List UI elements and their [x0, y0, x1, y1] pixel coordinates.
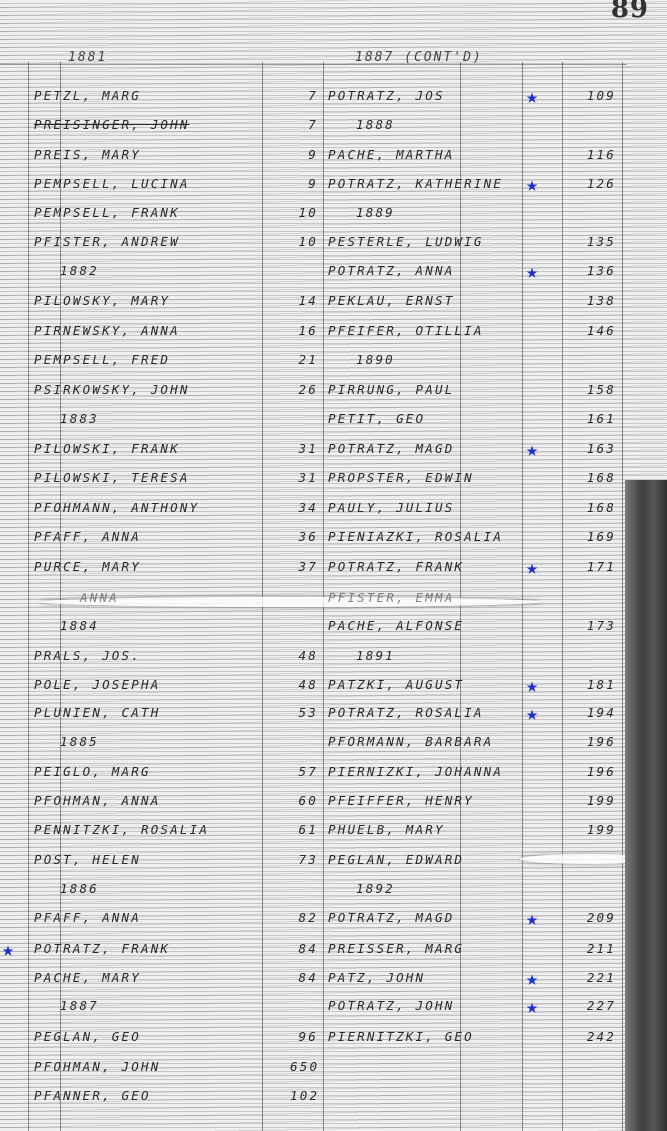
ledger-row: PFAFF, ANNA 82 POTRATZ, MAGD ★ 209: [0, 906, 630, 930]
right-entry-number: 102: [290, 1084, 318, 1108]
right-entry-number: 21: [290, 348, 318, 372]
star-icon: ★: [526, 437, 538, 461]
left-entry-name: PFANNER, GEO: [34, 1084, 151, 1108]
ledger-row: PFOHMAN, ANNA 60 PFEIFFER, HENRY 199: [0, 789, 630, 813]
left-entry-name: PACHE, MARY: [34, 966, 141, 990]
page-number: 89: [611, 0, 649, 24]
right-entry-name: PEKLAU, ERNST: [328, 289, 454, 313]
right-entry-name: POTRATZ, KATHERINE: [328, 172, 503, 196]
right-entry-name: PATZKI, AUGUST: [328, 673, 464, 697]
star-icon: ★: [526, 555, 538, 579]
right-entry-name: PFISTER, EMMA: [328, 586, 454, 610]
page-reference: 194: [560, 701, 616, 725]
right-entry-name: POTRATZ, ANNA: [328, 259, 454, 283]
ledger-row: ★ POTRATZ, FRANK 84 PREISSER, MARG 211: [0, 937, 630, 961]
book-binding-shadow: [625, 480, 667, 1131]
ledger-row: POLE, JOSEPHA 48 PATZKI, AUGUST ★ 181: [0, 673, 630, 697]
left-year-heading: 1886: [60, 877, 99, 901]
left-entry-name: PURCE, MARY: [34, 555, 141, 579]
left-entry-name: PFAFF, ANNA: [34, 906, 141, 930]
ledger-row: POST, HELEN 73 PEGLAN, EDWARD: [0, 848, 630, 872]
right-entry-name: PFEIFFER, HENRY: [328, 789, 474, 813]
page-reference: 138: [560, 289, 616, 313]
ledger-row: PEMPSELL, LUCINA 9 POTRATZ, KATHERINE ★ …: [0, 172, 630, 196]
left-entry-name: PEMPSELL, LUCINA: [34, 172, 190, 196]
right-entry-name: PREISSER, MARG: [328, 937, 464, 961]
ledger-row: PILOWSKI, TERESA 31 PROPSTER, EDWIN 168: [0, 466, 630, 490]
page-reference: 169: [560, 525, 616, 549]
right-entry-name: PACHE, MARTHA: [328, 143, 454, 167]
left-entry-name: PILOWSKI, FRANK: [34, 437, 180, 461]
page-reference: 163: [560, 437, 616, 461]
star-icon: ★: [526, 966, 538, 990]
left-entry-name: PETZL, MARG: [34, 84, 141, 108]
ledger-row: 1885 PFORMANN, BARBARA 196: [0, 730, 630, 754]
right-entry-number: 57: [290, 760, 318, 784]
right-entry-number: 14: [290, 289, 318, 313]
left-entry-name: PILOWSKY, MARY: [34, 289, 170, 313]
right-entry-number: 650: [290, 1055, 318, 1079]
star-icon: ★: [526, 259, 538, 283]
left-entry-name: PFOHMAN, ANNA: [34, 789, 160, 813]
left-entry-name: PFOHMANN, ANTHONY: [34, 496, 199, 520]
left-entry-name: PENNITZKI, ROSALIA: [34, 818, 209, 842]
right-entry-number: 9: [290, 172, 318, 196]
right-entry-name: PEGLAN, EDWARD: [328, 848, 464, 872]
right-entry-number: 82: [290, 906, 318, 930]
page-reference: 196: [560, 730, 616, 754]
page-reference: 199: [560, 818, 616, 842]
page-reference: 146: [560, 319, 616, 343]
page-reference: 196: [560, 760, 616, 784]
star-icon: ★: [526, 84, 538, 108]
left-entry-name: PEMPSELL, FRANK: [34, 201, 180, 225]
ledger-row: PFANNER, GEO 102: [0, 1084, 630, 1108]
left-entry-name: POTRATZ, FRANK: [34, 937, 170, 961]
right-entry-number: 84: [290, 966, 318, 990]
right-entry-name: PESTERLE, LUDWIG: [328, 230, 484, 254]
ledger-row: PRALS, JOS. 48 1891: [0, 644, 630, 668]
ledger-row: PLUNIEN, CATH 53 POTRATZ, ROSALIA ★ 194: [0, 701, 630, 725]
left-entry-name: PLUNIEN, CATH: [34, 701, 160, 725]
star-icon: ★: [526, 701, 538, 725]
page-reference: 161: [560, 407, 616, 431]
right-header-year: 1887 (CONT'D): [355, 50, 483, 65]
right-entry-name: PROPSTER, EDWIN: [328, 466, 474, 490]
page-reference: 181: [560, 673, 616, 697]
ledger-row: PEMPSELL, FRED 21 1890: [0, 348, 630, 372]
left-entry-name: PILOWSKI, TERESA: [34, 466, 190, 490]
ledger-row: PFISTER, ANDREW 10 PESTERLE, LUDWIG 135: [0, 230, 630, 254]
left-entry-name: PRALS, JOS.: [34, 644, 141, 668]
right-entry-number: 61: [290, 818, 318, 842]
right-entry-name: PATZ, JOHN: [328, 966, 425, 990]
left-year-heading: 1882: [60, 259, 99, 283]
right-year-heading: 1890: [356, 348, 395, 372]
right-entry-name: PACHE, ALFONSE: [328, 614, 464, 638]
right-entry-number: 31: [290, 466, 318, 490]
star-icon: ★: [526, 673, 538, 697]
right-entry-name: PIRRUNG, PAUL: [328, 378, 454, 402]
page-reference: 171: [560, 555, 616, 579]
ledger-row: 1883 PETIT, GEO 161: [0, 407, 630, 431]
ledger-row: 1884 PACHE, ALFONSE 173: [0, 614, 630, 638]
ledger-row: PEIGLO, MARG 57 PIERNIZKI, JOHANNA 196: [0, 760, 630, 784]
right-entry-number: 84: [290, 937, 318, 961]
left-year-heading: 1885: [60, 730, 99, 754]
ledger-row: 1886 1892: [0, 877, 630, 901]
ledger-row: PFOHMANN, ANTHONY 34 PAULY, JULIUS 168: [0, 496, 630, 520]
left-entry-name: PFAFF, ANNA: [34, 525, 141, 549]
right-entry-name: PIENIAZKI, ROSALIA: [328, 525, 503, 549]
left-entry-name: PREIS, MARY: [34, 143, 141, 167]
left-header-year: 1881: [68, 50, 107, 65]
right-entry-name: POTRATZ, JOS: [328, 84, 445, 108]
ledger-row: PFOHMAN, JOHN 650: [0, 1055, 630, 1079]
right-entry-number: 10: [290, 230, 318, 254]
page-reference: 136: [560, 259, 616, 283]
left-year-heading: 1884: [60, 614, 99, 638]
page-reference: 211: [560, 937, 616, 961]
page-reference: 168: [560, 496, 616, 520]
right-entry-number: 16: [290, 319, 318, 343]
right-entry-number: 34: [290, 496, 318, 520]
left-entry-name: PEGLAN, GEO: [34, 1025, 141, 1049]
right-entry-name: POTRATZ, MAGD: [328, 437, 454, 461]
left-entry-name: PEMPSELL, FRED: [34, 348, 170, 372]
right-entry-number: 48: [290, 644, 318, 668]
left-entry-name: POST, HELEN: [34, 848, 141, 872]
ledger-row: PEMPSELL, FRANK 10 1889: [0, 201, 630, 225]
star-icon: ★: [526, 994, 538, 1018]
right-entry-name: PFORMANN, BARBARA: [328, 730, 493, 754]
right-entry-name: PETIT, GEO: [328, 407, 425, 431]
ledger-row: PILOWSKY, MARY 14 PEKLAU, ERNST 138: [0, 289, 630, 313]
ledger-row: PFAFF, ANNA 36 PIENIAZKI, ROSALIA 169: [0, 525, 630, 549]
ledger-row: PSIRKOWSKY, JOHN 26 PIRRUNG, PAUL 158: [0, 378, 630, 402]
left-entry-name: POLE, JOSEPHA: [34, 673, 160, 697]
page-reference: 221: [560, 966, 616, 990]
right-year-heading: 1892: [356, 877, 395, 901]
ledger-row: PREISINGER, JOHN 7 1888: [0, 113, 630, 137]
right-entry-name: PFEIFER, OTILLIA: [328, 319, 484, 343]
left-year-heading: 1883: [60, 407, 99, 431]
right-entry-name: POTRATZ, MAGD: [328, 906, 454, 930]
right-entry-name: POTRATZ, FRANK: [328, 555, 464, 579]
right-entry-number: 48: [290, 673, 318, 697]
right-entry-number: 60: [290, 789, 318, 813]
page-reference: 109: [560, 84, 616, 108]
right-entry-number: 26: [290, 378, 318, 402]
ledger-row: PREIS, MARY 9 PACHE, MARTHA 116: [0, 143, 630, 167]
right-entry-number: 9: [290, 143, 318, 167]
right-entry-name: PAULY, JULIUS: [328, 496, 454, 520]
page-reference: 158: [560, 378, 616, 402]
page-reference: 126: [560, 172, 616, 196]
ledger-row-smudged: ANNA PFISTER, EMMA: [0, 586, 630, 610]
ledger-row: PIRNEWSKY, ANNA 16 PFEIFER, OTILLIA 146: [0, 319, 630, 343]
left-year-heading: 1887: [60, 994, 99, 1018]
page-reference: 135: [560, 230, 616, 254]
ledger-row: 1887 POTRATZ, JOHN ★ 227: [0, 994, 630, 1018]
right-entry-number: 53: [290, 701, 318, 725]
right-entry-number: 31: [290, 437, 318, 461]
right-entry-name: PHUELB, MARY: [328, 818, 445, 842]
right-entry-name: PIERNITZKI, GEO: [328, 1025, 474, 1049]
ledger-row: PETZL, MARG 7 POTRATZ, JOS ★ 109: [0, 84, 630, 108]
left-entry-name: PSIRKOWSKY, JOHN: [34, 378, 190, 402]
ledger-row: PACHE, MARY 84 PATZ, JOHN ★ 221: [0, 966, 630, 990]
left-entry-name: PFOHMAN, JOHN: [34, 1055, 160, 1079]
page-reference: 209: [560, 906, 616, 930]
right-entry-number: 10: [290, 201, 318, 225]
right-entry-number: 73: [290, 848, 318, 872]
star-icon: ★: [2, 937, 14, 961]
right-year-heading: 1889: [356, 201, 395, 225]
page-reference: 168: [560, 466, 616, 490]
page-reference: 227: [560, 994, 616, 1018]
left-entry-name: ANNA: [80, 586, 119, 610]
left-entry-name: PFISTER, ANDREW: [34, 230, 180, 254]
right-entry-name: POTRATZ, ROSALIA: [328, 701, 484, 725]
ledger-row: PURCE, MARY 37 POTRATZ, FRANK ★ 171: [0, 555, 630, 579]
ledger-row: PEGLAN, GEO 96 PIERNITZKI, GEO 242: [0, 1025, 630, 1049]
left-entry-name: PIRNEWSKY, ANNA: [34, 319, 180, 343]
right-entry-number: 37: [290, 555, 318, 579]
right-entry-name: POTRATZ, JOHN: [328, 994, 454, 1018]
page-reference: 242: [560, 1025, 616, 1049]
left-entry-name: PREISINGER, JOHN: [34, 113, 190, 137]
page-reference: 199: [560, 789, 616, 813]
star-icon: ★: [526, 906, 538, 930]
ledger-page: 89 1881 1887 (CONT'D) PETZL, MARG 7 POTR…: [0, 0, 667, 1131]
right-entry-name: PIERNIZKI, JOHANNA: [328, 760, 503, 784]
ledger-row: PILOWSKI, FRANK 31 POTRATZ, MAGD ★ 163: [0, 437, 630, 461]
ledger-row: 1882 POTRATZ, ANNA ★ 136: [0, 259, 630, 283]
star-icon: ★: [526, 172, 538, 196]
right-entry-number: 7: [290, 113, 318, 137]
right-year-heading: 1891: [356, 644, 395, 668]
right-entry-number: 36: [290, 525, 318, 549]
page-reference: 173: [560, 614, 616, 638]
left-entry-name: PEIGLO, MARG: [34, 760, 151, 784]
right-entry-number: 7: [290, 84, 318, 108]
right-year-heading: 1888: [356, 113, 395, 137]
page-reference: 116: [560, 143, 616, 167]
ledger-row: PENNITZKI, ROSALIA 61 PHUELB, MARY 199: [0, 818, 630, 842]
right-entry-number: 96: [290, 1025, 318, 1049]
